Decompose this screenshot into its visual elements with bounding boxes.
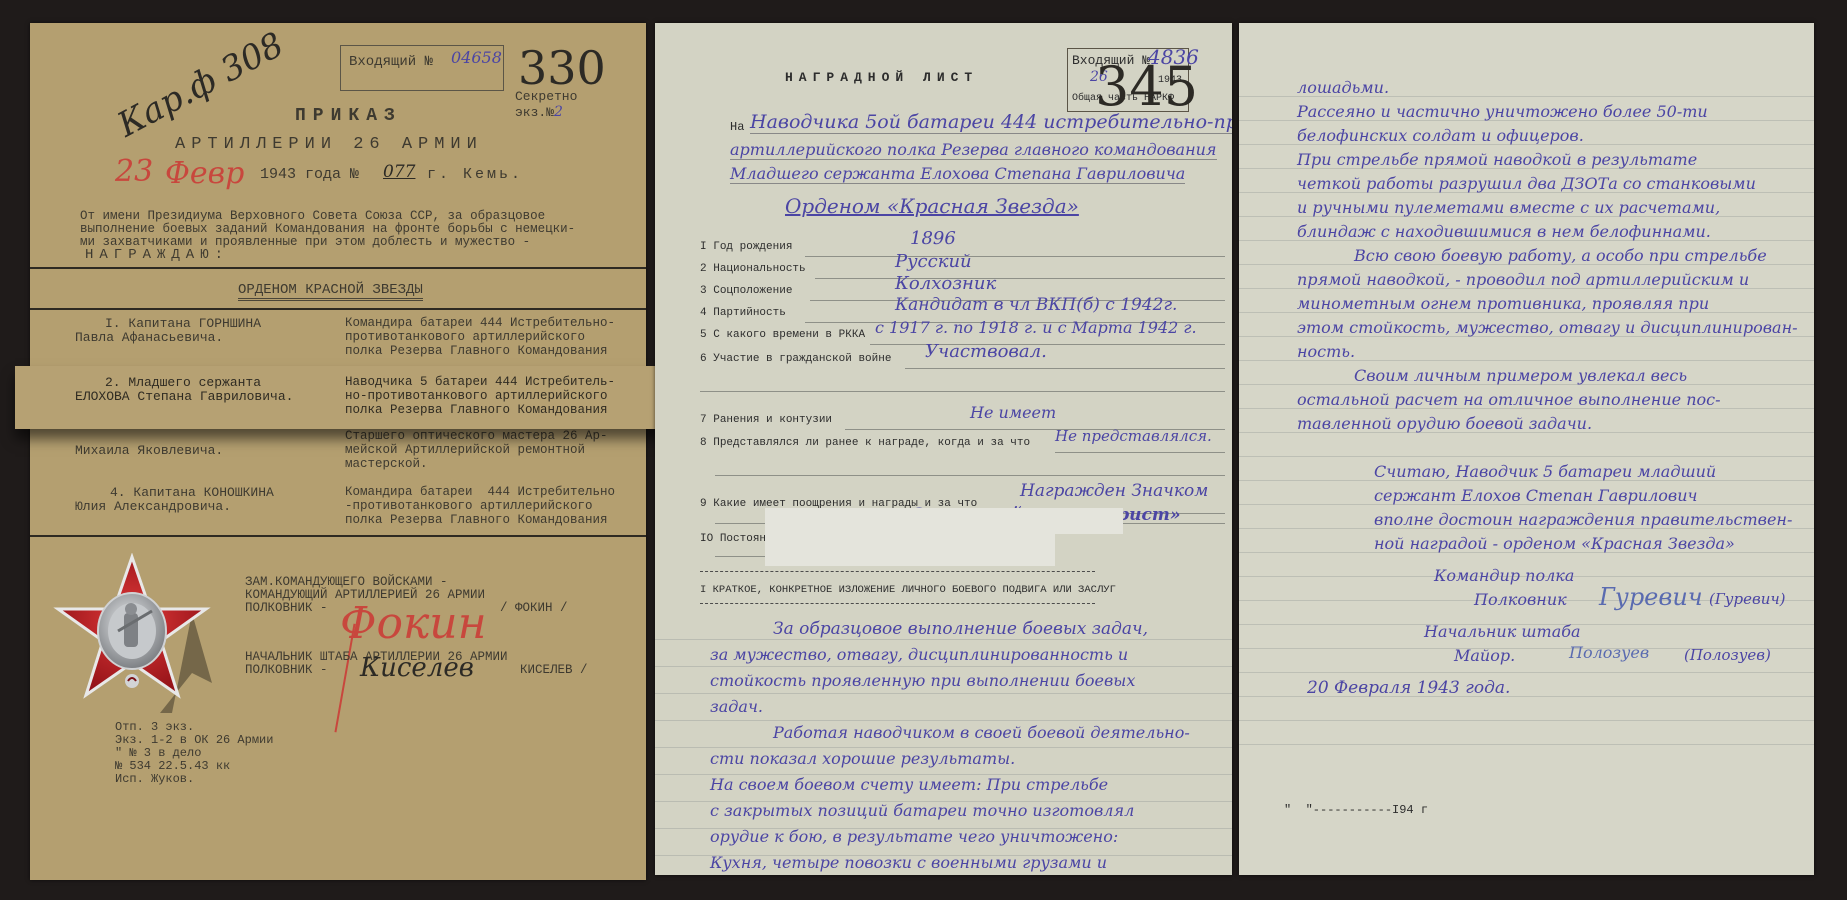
registry-number: 345 — [1095, 55, 1198, 118]
copy-label: экз.№2 — [515, 104, 563, 120]
award-verb: НАГРАЖДАЮ: — [85, 247, 229, 263]
highlighted-awardee-strip: 2. Младшего сержанта ЕЛОХОВА Степана Гав… — [15, 366, 667, 429]
award-sheet-continuation: лошадьми. Рассеяно и частично уничтожено… — [1239, 23, 1814, 875]
award-sheet-title: НАГРАДНОЙ ЛИСТ — [785, 70, 978, 85]
order-document: Кар.ф 308 Входящий № 04658 330 Секретно … — [30, 23, 646, 880]
redacted-area — [765, 508, 1123, 534]
order-date-line: 23 Февр 1943 года № 077 г. Кемь. — [115, 158, 635, 188]
award-heading: ОРДЕНОМ КРАСНОЙ ЗВЕЗДЫ — [238, 282, 423, 301]
nominee-line-3: Младшего сержанта Елохова Степана Гаврил… — [730, 164, 1185, 184]
award-name: Орденом «Красная Звезда» — [785, 194, 1079, 218]
signature-fokin: Фокин — [340, 598, 487, 649]
award-sheet: НАГРАДНОЙ ЛИСТ Входящий № 4836 26 1943 О… — [655, 23, 1232, 875]
registry-number: 330 — [518, 41, 606, 95]
order-subtitle: АРТИЛЛЕРИИ 26 АРМИИ — [175, 135, 483, 154]
incoming-stamp: Входящий № 04658 — [340, 45, 504, 91]
filing-mark: Кар.ф 308 — [111, 25, 290, 146]
order-title: ПРИКАЗ — [295, 106, 402, 126]
section-heading: I КРАТКОЕ, КОНКРЕТНОЕ ИЗЛОЖЕНИЕ ЛИЧНОГО … — [700, 584, 1116, 596]
redacted-area — [765, 534, 1055, 566]
signature-polozuev: Полозуев — [1569, 643, 1649, 662]
document-date: 20 Февраля 1943 года. — [1307, 678, 1510, 698]
red-star-medal-icon — [52, 553, 212, 713]
incoming-number: 04658 — [451, 48, 502, 67]
signature-kiselev: Киселев — [360, 653, 474, 683]
typed-date-placeholder: " "-----------I94 г — [1284, 803, 1428, 817]
nominee-line-1: Наводчика 5ой батареи 444 истребительно-… — [750, 111, 1232, 134]
signature-gurevich: Гуревич — [1599, 583, 1703, 611]
nominee-line-2: артиллерийского полка Резерва главного к… — [730, 140, 1217, 160]
